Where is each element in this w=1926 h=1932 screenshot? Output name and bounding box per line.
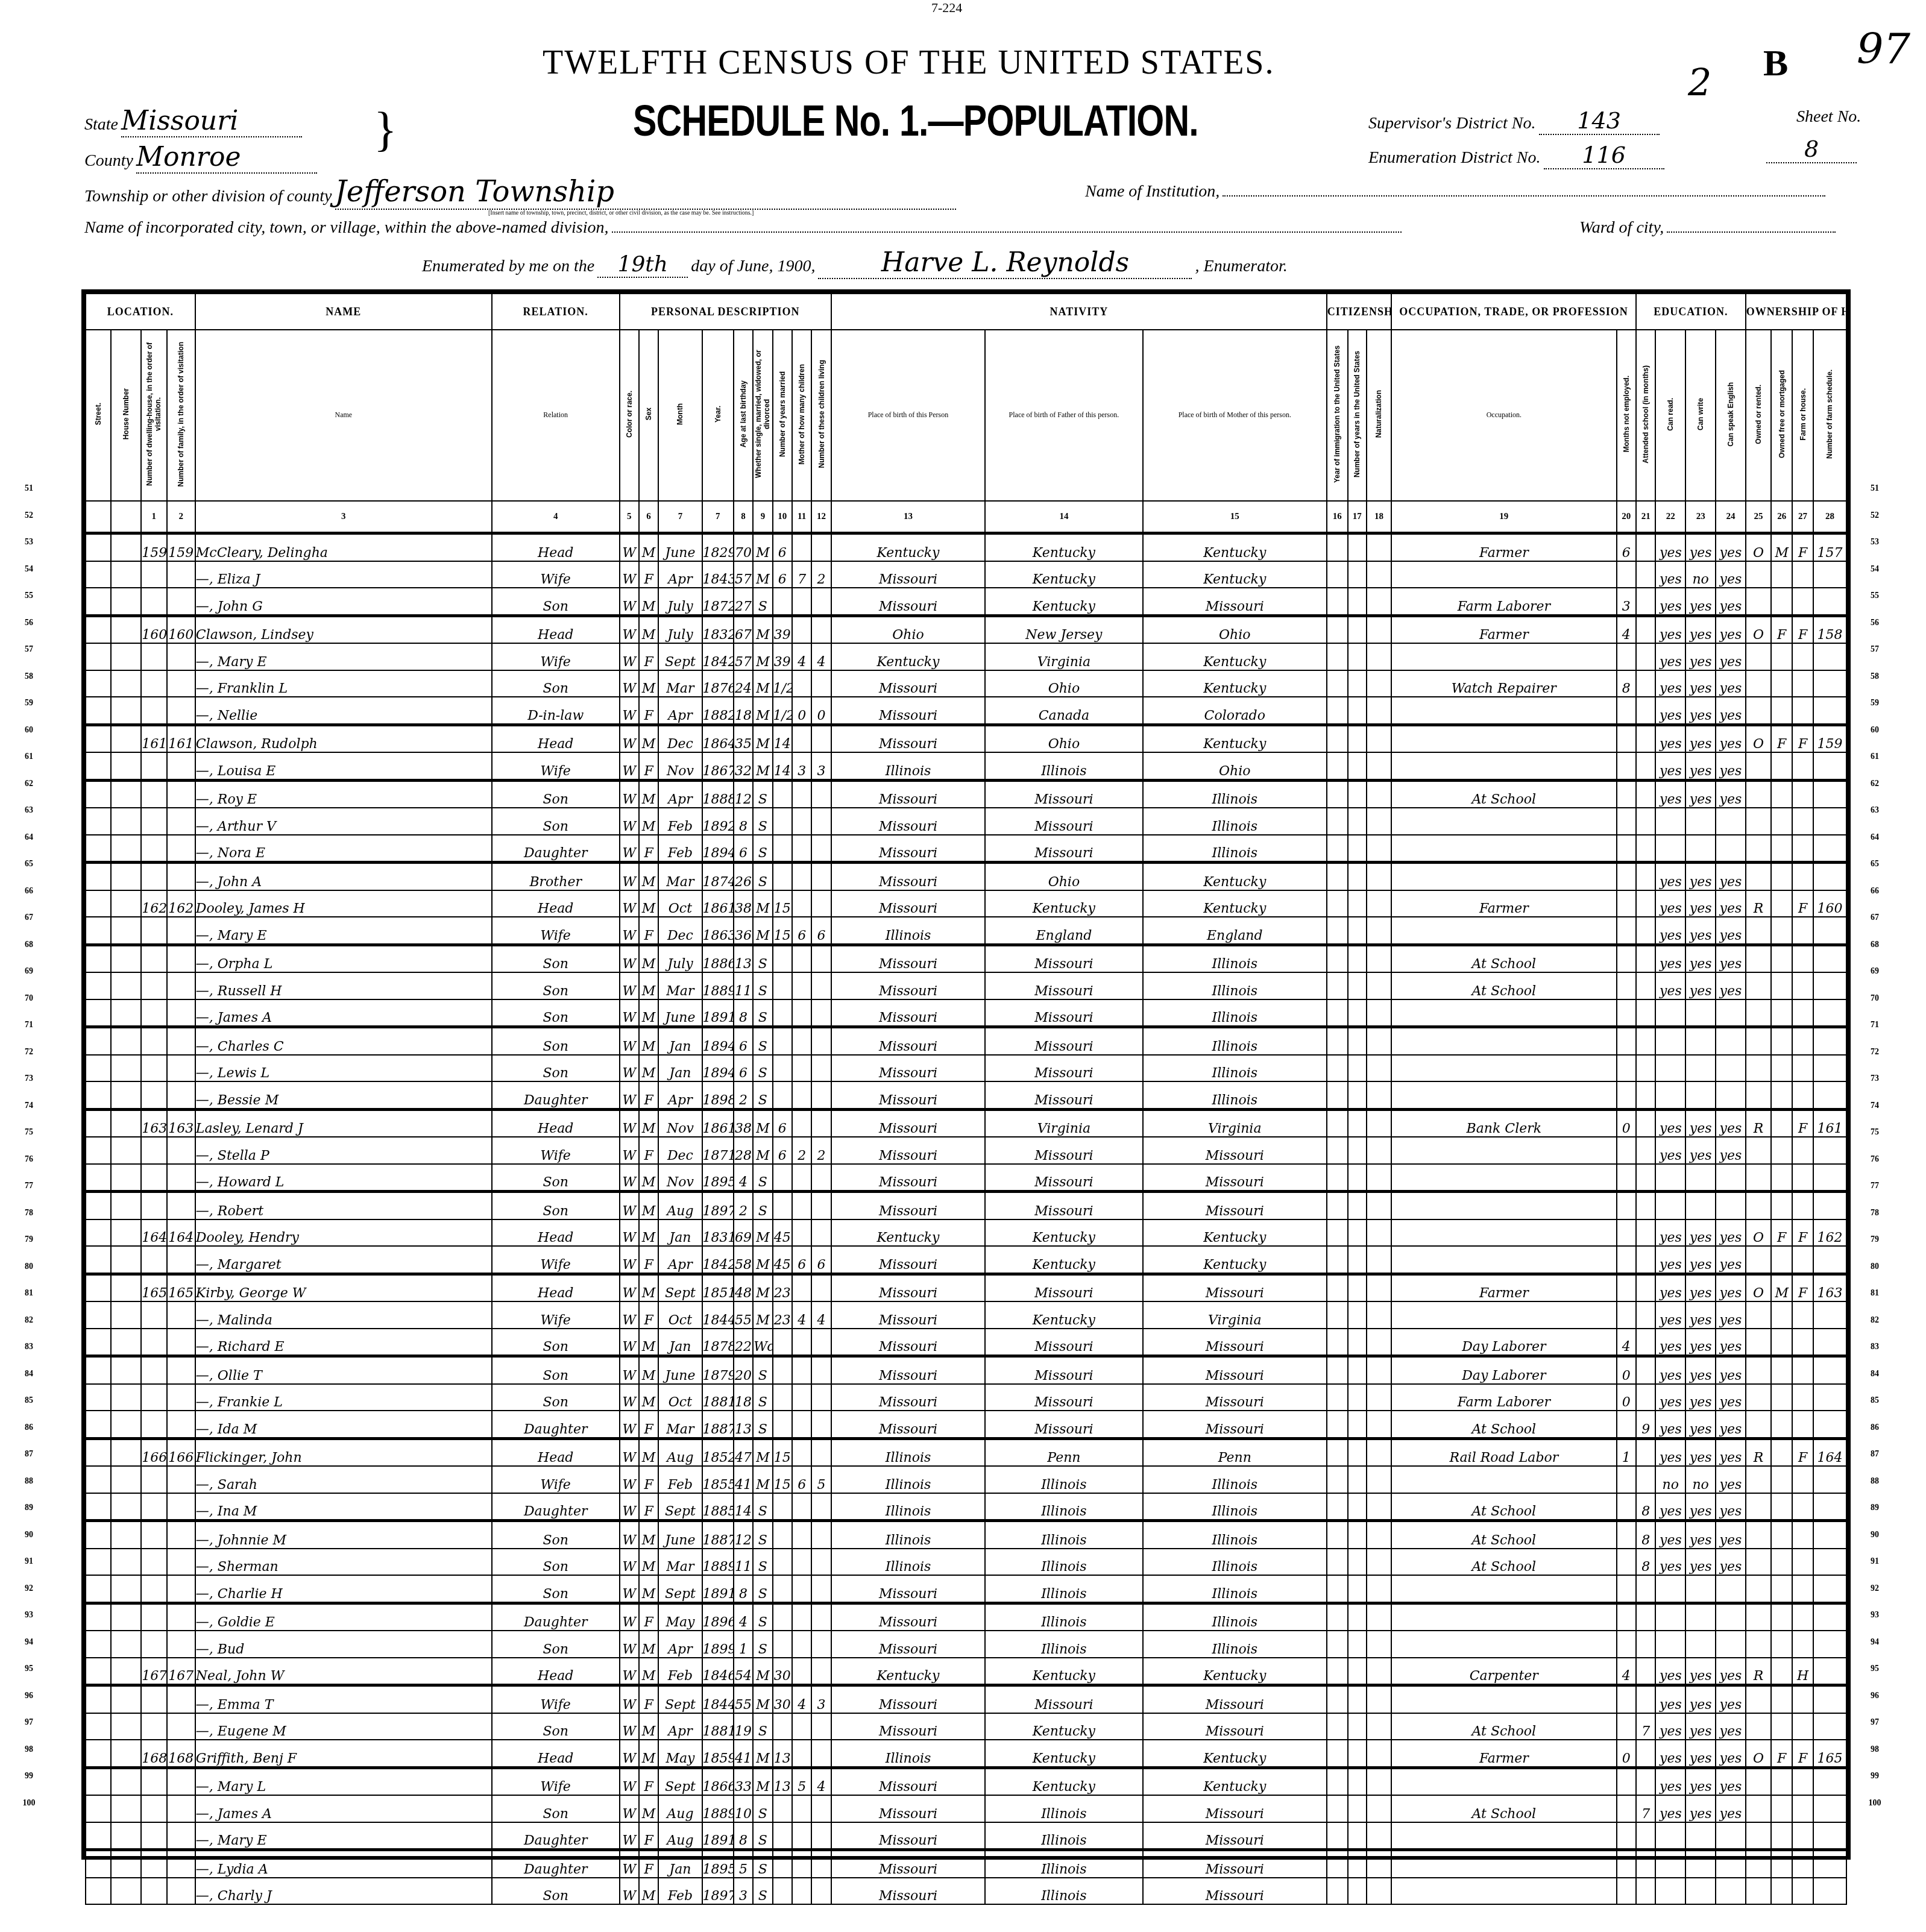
cell-dw xyxy=(141,1301,166,1329)
cell-age: 18 xyxy=(734,697,753,725)
cell-dw: 159 xyxy=(141,533,166,561)
cell-rel: Son xyxy=(492,1795,620,1822)
cell-rd: yes xyxy=(1655,615,1685,643)
cell-mort xyxy=(1771,1713,1792,1740)
cell-farm xyxy=(1792,1301,1813,1329)
cell-wr xyxy=(1685,1878,1716,1905)
line-number: 99 xyxy=(17,1772,41,1799)
cell-ch xyxy=(792,1384,811,1411)
cell-sp: yes xyxy=(1716,1713,1746,1740)
cell-mo: Apr xyxy=(658,1713,702,1740)
table-row: —, Johnnie MSonWMJune188712SIllinoisIlli… xyxy=(86,1521,1846,1549)
cell-yr: 1881 xyxy=(702,1713,734,1740)
cell-ch: 7 xyxy=(792,561,811,588)
city-field[interactable]: Name of incorporated city, town, or vill… xyxy=(84,217,1591,238)
cell-sex: F xyxy=(639,1850,658,1878)
sheet-value[interactable]: 8 xyxy=(1766,136,1857,163)
cell-mne xyxy=(1617,863,1636,890)
cell-wr xyxy=(1685,1603,1716,1631)
cell-sp: yes xyxy=(1716,1411,1746,1438)
cell-pob: Missouri xyxy=(831,588,985,615)
cell-fs: 160 xyxy=(1813,890,1846,917)
cell-sch xyxy=(1636,615,1655,643)
column-number: 8 xyxy=(734,501,753,533)
cell-ms: S xyxy=(753,1055,772,1082)
cell-pobf: Virginia xyxy=(985,1109,1143,1137)
line-number: 62 xyxy=(1863,779,1887,807)
table-row: —, Roy ESonWMApr188812SMissouriMissouriI… xyxy=(86,780,1846,808)
cell-fam xyxy=(167,1246,195,1274)
cell-ch xyxy=(792,1329,811,1356)
cell-mort: M xyxy=(1771,533,1792,561)
cell-pobf: Kentucky xyxy=(985,1219,1143,1247)
cell-occ xyxy=(1391,1466,1617,1493)
cell-chl xyxy=(811,1493,831,1521)
cell-farm xyxy=(1792,808,1813,835)
line-number: 57 xyxy=(1863,645,1887,672)
table-row: —, Eugene MSonWMApr188119SMissouriKentuc… xyxy=(86,1713,1846,1740)
cell-mne: 4 xyxy=(1617,1329,1636,1356)
line-number: 67 xyxy=(1863,913,1887,940)
cell-pobm: Illinois xyxy=(1143,1521,1327,1549)
column-number xyxy=(111,501,141,533)
cell-sch xyxy=(1636,1081,1655,1109)
cell-age: 13 xyxy=(734,1411,753,1438)
cell-fam: 166 xyxy=(167,1438,195,1466)
cell-fam: 161 xyxy=(167,725,195,752)
cell-age: 70 xyxy=(734,533,753,561)
cell-dw: 162 xyxy=(141,890,166,917)
line-number: 78 xyxy=(1863,1209,1887,1236)
cell-sp xyxy=(1716,1575,1746,1603)
cell-rd: yes xyxy=(1655,670,1685,697)
line-number: 100 xyxy=(17,1799,41,1826)
cell-pobf: Kentucky xyxy=(985,1301,1143,1329)
table-row: 164164Dooley, HendryHeadWMJan183169M45Ke… xyxy=(86,1219,1846,1247)
cell-ym: 1/2 xyxy=(773,697,792,725)
cell-empty xyxy=(86,1767,111,1795)
cell-empty xyxy=(1367,1822,1391,1850)
cell-ym xyxy=(773,1631,792,1658)
table-row: —, Nora EDaughterWFFeb18946SMissouriMiss… xyxy=(86,835,1846,863)
cell-pobf: Missouri xyxy=(985,1384,1143,1411)
cell-pobm: Missouri xyxy=(1143,1192,1327,1219)
cell-dw xyxy=(141,1631,166,1658)
cell-mort: F xyxy=(1771,1740,1792,1767)
cell-sex: F xyxy=(639,917,658,945)
cell-dw xyxy=(141,1795,166,1822)
cell-race: W xyxy=(620,643,639,670)
cell-age: 6 xyxy=(734,1055,753,1082)
cell-empty xyxy=(86,1438,111,1466)
cell-chl xyxy=(811,1164,831,1192)
cell-sch xyxy=(1636,835,1655,863)
cell-empty xyxy=(1367,561,1391,588)
cell-rel: Head xyxy=(492,533,620,561)
cell-yr: 1829 xyxy=(702,533,734,561)
township-value: Jefferson Township xyxy=(335,175,956,210)
line-number: 74 xyxy=(1863,1101,1887,1128)
cell-empty xyxy=(1367,863,1391,890)
cell-sch xyxy=(1636,1658,1655,1685)
cell-empty xyxy=(86,561,111,588)
cell-pob: Missouri xyxy=(831,808,985,835)
cell-empty xyxy=(86,1246,111,1274)
institution-field[interactable]: Name of Institution, xyxy=(1085,181,1857,201)
cell-empty xyxy=(86,1521,111,1549)
cell-age: 2 xyxy=(734,1081,753,1109)
line-number: 61 xyxy=(17,752,41,779)
line-number: 95 xyxy=(1863,1664,1887,1691)
cell-pobm: Kentucky xyxy=(1143,533,1327,561)
line-number: 98 xyxy=(1863,1745,1887,1772)
cell-sch: 8 xyxy=(1636,1549,1655,1576)
cell-mne xyxy=(1617,1027,1636,1055)
cell-chl: 4 xyxy=(811,1301,831,1329)
cell-empty xyxy=(1348,1329,1367,1356)
supervisor-label: Supervisor's District No. xyxy=(1368,114,1535,133)
column-number: 12 xyxy=(811,501,831,533)
cell-rel: Son xyxy=(492,1713,620,1740)
cell-race: W xyxy=(620,1219,639,1247)
cell-rel: Son xyxy=(492,1521,620,1549)
cell-sch xyxy=(1636,917,1655,945)
cell-sp: yes xyxy=(1716,670,1746,697)
cell-yr: 1866 xyxy=(702,1767,734,1795)
cell-empty xyxy=(1327,1822,1348,1850)
cell-farm xyxy=(1792,780,1813,808)
enumerator-name[interactable]: Harve L. Reynolds xyxy=(818,247,1192,279)
cell-rd xyxy=(1655,835,1685,863)
column-header: Naturalization xyxy=(1367,330,1391,501)
cell-ch: 4 xyxy=(792,643,811,670)
cell-fs xyxy=(1813,561,1846,588)
cell-age: 8 xyxy=(734,1575,753,1603)
cell-fs xyxy=(1813,1685,1846,1713)
cell-pobm: Missouri xyxy=(1143,1795,1327,1822)
cell-mne xyxy=(1617,1411,1636,1438)
cell-empty xyxy=(86,1027,111,1055)
column-header: Can read. xyxy=(1655,330,1685,501)
cell-age: 18 xyxy=(734,1384,753,1411)
table-row: —, Charly JSonWMFeb18973SMissouriIllinoi… xyxy=(86,1878,1846,1905)
cell-age: 13 xyxy=(734,945,753,972)
cell-fs xyxy=(1813,780,1846,808)
cell-ch xyxy=(792,1575,811,1603)
cell-empty xyxy=(111,1713,141,1740)
cell-sp: yes xyxy=(1716,917,1746,945)
cell-fs: 161 xyxy=(1813,1109,1846,1137)
cell-pobf: Illinois xyxy=(985,1795,1143,1822)
cell-pobf: Kentucky xyxy=(985,1246,1143,1274)
cell-wr: yes xyxy=(1685,1685,1716,1713)
column-number: 27 xyxy=(1792,501,1813,533)
cell-ch: 3 xyxy=(792,752,811,780)
cell-rel: Son xyxy=(492,1164,620,1192)
cell-race: W xyxy=(620,1549,639,1576)
cell-mort xyxy=(1771,1027,1792,1055)
cell-sp: yes xyxy=(1716,1795,1746,1822)
cell-mo: Sept xyxy=(658,1685,702,1713)
cell-farm xyxy=(1792,1246,1813,1274)
cell-age: 6 xyxy=(734,1027,753,1055)
cell-dw: 161 xyxy=(141,725,166,752)
cell-pobf: Kentucky xyxy=(985,1767,1143,1795)
cell-race: W xyxy=(620,1822,639,1850)
cell-sp: yes xyxy=(1716,1384,1746,1411)
table-row: —, John GSonWMJuly187227SMissouriKentuck… xyxy=(86,588,1846,615)
cell-rel: Wife xyxy=(492,1137,620,1164)
table-row: 160160Clawson, LindseyHeadWMJuly183267M3… xyxy=(86,615,1846,643)
cell-age: 67 xyxy=(734,615,753,643)
cell-name: —, Roy E xyxy=(195,780,492,808)
cell-sex: M xyxy=(639,1438,658,1466)
column-number: 11 xyxy=(792,501,811,533)
enumeration-label: Enumeration District No. xyxy=(1368,148,1540,167)
cell-empty xyxy=(111,1137,141,1164)
line-number: 92 xyxy=(1863,1584,1887,1611)
supervisor-field[interactable]: Supervisor's District No. 143 xyxy=(1368,107,1660,135)
cell-ch: 6 xyxy=(792,917,811,945)
cell-fs xyxy=(1813,1466,1846,1493)
cell-own: R xyxy=(1746,1438,1771,1466)
cell-name: —, Mary E xyxy=(195,643,492,670)
cell-ms: M xyxy=(753,1137,772,1164)
cell-dw: 166 xyxy=(141,1438,166,1466)
cell-ym xyxy=(773,1878,792,1905)
header-name: NAME xyxy=(195,294,492,330)
cell-yr: 1872 xyxy=(702,588,734,615)
cell-empty xyxy=(86,533,111,561)
cell-dw xyxy=(141,917,166,945)
cell-mne: 0 xyxy=(1617,1740,1636,1767)
cell-sex: M xyxy=(639,780,658,808)
cell-sex: M xyxy=(639,1384,658,1411)
cell-empty xyxy=(1327,1192,1348,1219)
cell-fam xyxy=(167,780,195,808)
cell-mne xyxy=(1617,1575,1636,1603)
cell-chl xyxy=(811,1219,831,1247)
cell-empty xyxy=(1327,1466,1348,1493)
cell-ms: M xyxy=(753,670,772,697)
cell-ym xyxy=(773,1603,792,1631)
cell-dw xyxy=(141,1603,166,1631)
cell-age: 3 xyxy=(734,1878,753,1905)
cell-mo: Oct xyxy=(658,1301,702,1329)
cell-own xyxy=(1746,1685,1771,1713)
cell-ym: 15 xyxy=(773,1438,792,1466)
enumerated-suffix: day of June, 1900, xyxy=(691,257,815,275)
cell-mo: June xyxy=(658,1356,702,1384)
cell-name: Dooley, Hendry xyxy=(195,1219,492,1247)
column-number: 25 xyxy=(1746,501,1771,533)
cell-wr: yes xyxy=(1685,1549,1716,1576)
cell-pobm: Kentucky xyxy=(1143,725,1327,752)
cell-empty xyxy=(1348,588,1367,615)
cell-own xyxy=(1746,1493,1771,1521)
cell-yr: 1879 xyxy=(702,1356,734,1384)
cell-pobm: Kentucky xyxy=(1143,643,1327,670)
cell-fs xyxy=(1813,1822,1846,1850)
cell-dw xyxy=(141,780,166,808)
cell-sex: F xyxy=(639,1603,658,1631)
cell-name: —, Nellie xyxy=(195,697,492,725)
cell-rel: Son xyxy=(492,588,620,615)
cell-pobm: Kentucky xyxy=(1143,1219,1327,1247)
cell-empty xyxy=(1348,1438,1367,1466)
line-number: 54 xyxy=(17,565,41,592)
cell-sp xyxy=(1716,1822,1746,1850)
cell-own xyxy=(1746,1081,1771,1109)
state-value: Missouri xyxy=(121,105,302,137)
cell-chl xyxy=(811,1109,831,1137)
enumerated-day[interactable]: 19th xyxy=(597,252,688,278)
cell-empty xyxy=(111,1192,141,1219)
cell-own: R xyxy=(1746,890,1771,917)
cell-own: R xyxy=(1746,1109,1771,1137)
cell-empty xyxy=(86,588,111,615)
cell-occ xyxy=(1391,1219,1617,1247)
cell-occ xyxy=(1391,1027,1617,1055)
cell-pobf: Illinois xyxy=(985,1521,1143,1549)
cell-rel: Daughter xyxy=(492,1822,620,1850)
cell-pobm: Missouri xyxy=(1143,1850,1327,1878)
cell-empty xyxy=(1367,1575,1391,1603)
cell-pobm: Ohio xyxy=(1143,615,1327,643)
cell-ym: 39 xyxy=(773,643,792,670)
cell-name: —, Charlie H xyxy=(195,1575,492,1603)
column-header: Farm or house. xyxy=(1792,330,1813,501)
cell-rel: Head xyxy=(492,1740,620,1767)
cell-wr: yes xyxy=(1685,1137,1716,1164)
cell-sch xyxy=(1636,1356,1655,1384)
cell-own: O xyxy=(1746,725,1771,752)
line-number: 80 xyxy=(1863,1262,1887,1289)
cell-ms: S xyxy=(753,1493,772,1521)
cell-rel: Head xyxy=(492,890,620,917)
cell-ym xyxy=(773,1493,792,1521)
cell-fam xyxy=(167,1055,195,1082)
ward-field[interactable]: Ward of city, xyxy=(1579,217,1857,238)
cell-mne xyxy=(1617,752,1636,780)
cell-name: —, Franklin L xyxy=(195,670,492,697)
cell-fam xyxy=(167,1027,195,1055)
cell-age: 41 xyxy=(734,1466,753,1493)
cell-farm: F xyxy=(1792,1219,1813,1247)
cell-mort xyxy=(1771,972,1792,999)
cell-empty xyxy=(111,1767,141,1795)
table-row: —, James ASonWMAug188910SMissouriIllinoi… xyxy=(86,1795,1846,1822)
cell-fam xyxy=(167,1466,195,1493)
cell-yr: 1889 xyxy=(702,1549,734,1576)
cell-fs: 158 xyxy=(1813,615,1846,643)
cell-name: Clawson, Rudolph xyxy=(195,725,492,752)
cell-sp xyxy=(1716,1603,1746,1631)
cell-empty xyxy=(1367,1603,1391,1631)
county-field[interactable]: County Monroe xyxy=(84,142,338,174)
cell-empty xyxy=(1367,1055,1391,1082)
cell-empty xyxy=(86,945,111,972)
cell-empty xyxy=(111,1795,141,1822)
enumeration-field[interactable]: Enumeration District No. 116 xyxy=(1368,142,1664,169)
column-number: 9 xyxy=(753,501,772,533)
cell-pob: Missouri xyxy=(831,1767,985,1795)
cell-mort xyxy=(1771,1795,1792,1822)
cell-rel: Head xyxy=(492,1219,620,1247)
cell-wr: yes xyxy=(1685,1767,1716,1795)
cell-mne xyxy=(1617,1521,1636,1549)
column-header: Number of years in the United States xyxy=(1348,330,1367,501)
cell-own xyxy=(1746,972,1771,999)
line-number: 72 xyxy=(17,1048,41,1075)
cell-empty xyxy=(1348,1137,1367,1164)
cell-pobm: Illinois xyxy=(1143,835,1327,863)
cell-mo: Nov xyxy=(658,1164,702,1192)
cell-chl xyxy=(811,725,831,752)
cell-empty xyxy=(1327,1329,1348,1356)
cell-chl xyxy=(811,1795,831,1822)
cell-empty xyxy=(1367,1219,1391,1247)
cell-empty xyxy=(1367,1521,1391,1549)
cell-mort xyxy=(1771,835,1792,863)
cell-race: W xyxy=(620,780,639,808)
cell-pob: Missouri xyxy=(831,835,985,863)
cell-empty xyxy=(1327,1795,1348,1822)
cell-occ: Farmer xyxy=(1391,533,1617,561)
column-header: Month xyxy=(658,330,702,501)
cell-sch xyxy=(1636,533,1655,561)
cell-ch xyxy=(792,1658,811,1685)
cell-sch xyxy=(1636,1878,1655,1905)
cell-pobm: Penn xyxy=(1143,1438,1327,1466)
cell-dw xyxy=(141,643,166,670)
cell-fam xyxy=(167,808,195,835)
cell-wr xyxy=(1685,808,1716,835)
cell-empty xyxy=(1348,917,1367,945)
cell-chl xyxy=(811,1658,831,1685)
cell-mort xyxy=(1771,1301,1792,1329)
cell-mort xyxy=(1771,1109,1792,1137)
cell-pobm: Missouri xyxy=(1143,588,1327,615)
cell-empty xyxy=(1367,1027,1391,1055)
cell-sch xyxy=(1636,808,1655,835)
cell-race: W xyxy=(620,1767,639,1795)
line-number: 62 xyxy=(17,779,41,807)
cell-occ xyxy=(1391,1081,1617,1109)
state-field[interactable]: State Missouri xyxy=(84,105,326,137)
cell-name: —, Russell H xyxy=(195,972,492,999)
cell-mo: Jan xyxy=(658,1027,702,1055)
enumerated-prefix: Enumerated by me on the xyxy=(422,257,594,275)
cell-ms: S xyxy=(753,1521,772,1549)
column-header: Owned or rented. xyxy=(1746,330,1771,501)
cell-ms: M xyxy=(753,1438,772,1466)
cell-empty xyxy=(1327,588,1348,615)
cell-ms: S xyxy=(753,1795,772,1822)
cell-wr: yes xyxy=(1685,697,1716,725)
township-field[interactable]: Township or other division of county Jef… xyxy=(84,175,1085,210)
cell-rd: yes xyxy=(1655,1438,1685,1466)
cell-mo: Mar xyxy=(658,972,702,999)
cell-empty xyxy=(1327,1274,1348,1301)
cell-farm xyxy=(1792,1081,1813,1109)
cell-ms: M xyxy=(753,1685,772,1713)
column-header: Color or race. xyxy=(620,330,639,501)
cell-empty xyxy=(1327,1713,1348,1740)
cell-ch xyxy=(792,725,811,752)
cell-rel: Daughter xyxy=(492,835,620,863)
cell-sex: M xyxy=(639,1329,658,1356)
